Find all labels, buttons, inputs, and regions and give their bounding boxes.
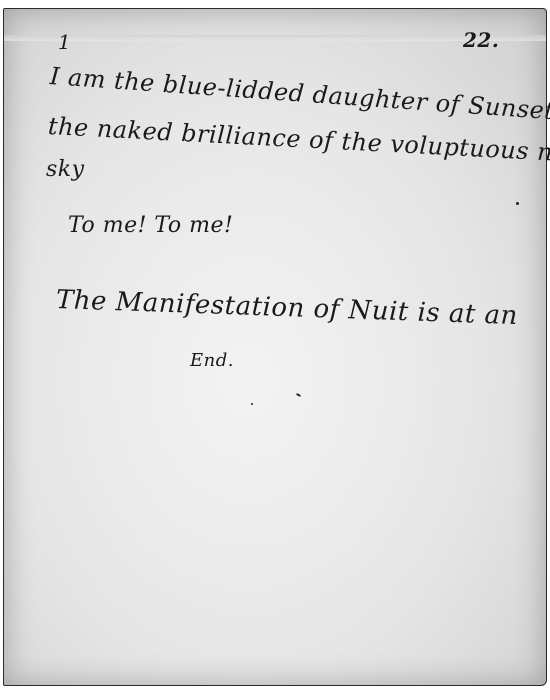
ink-speck: [251, 403, 253, 405]
text-line-6: End.: [190, 350, 234, 371]
ink-speck: [516, 202, 519, 205]
text-line-4: To me! To me!: [68, 213, 233, 238]
page-mark-left: 1: [58, 30, 71, 54]
page-number: 22.: [463, 28, 499, 52]
text-line-3: sky: [46, 157, 85, 182]
